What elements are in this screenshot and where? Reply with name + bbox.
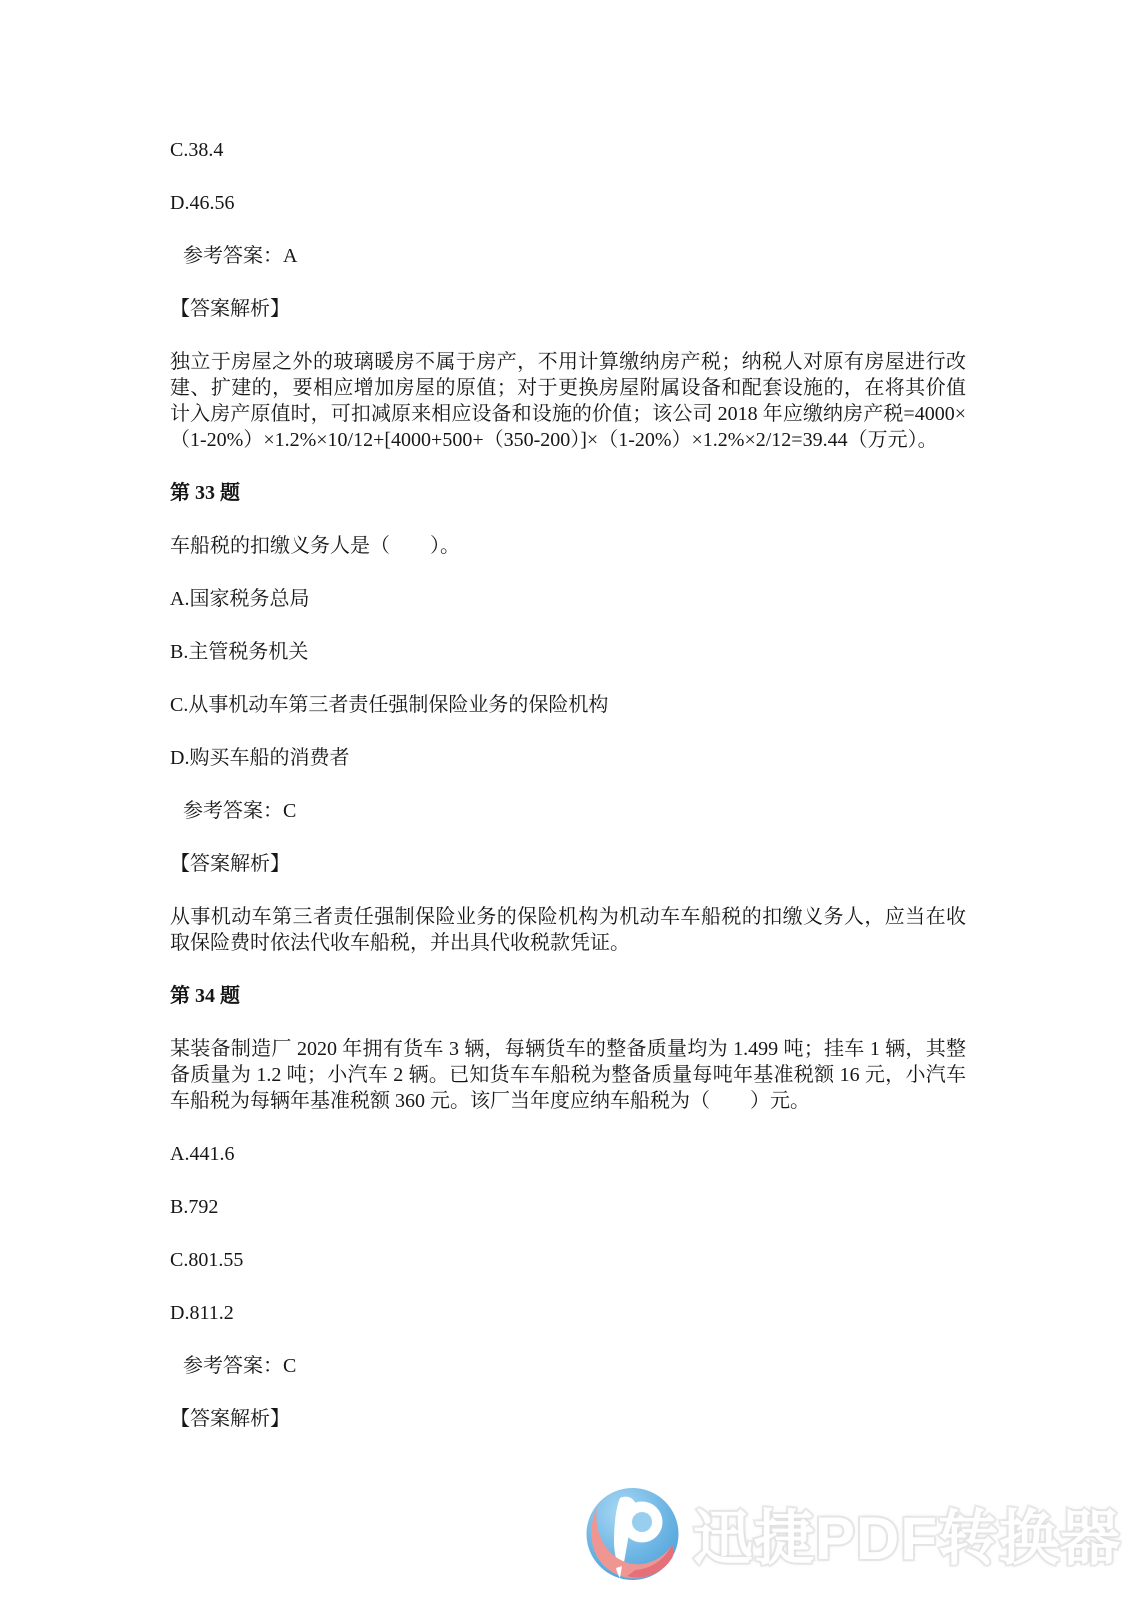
option-line-a: A.国家税务总局 <box>170 586 966 612</box>
watermark-text: 迅捷PDF转换器 <box>693 1491 1121 1577</box>
option-line-c: C.从事机动车第三者责任强制保险业务的保险机构 <box>170 692 966 718</box>
reference-answer: 参考答案：C <box>170 1353 966 1379</box>
option-line-c: C.38.4 <box>170 137 966 163</box>
reference-answer: 参考答案：A <box>170 243 966 269</box>
analysis-paragraph: 独立于房屋之外的玻璃暖房不属于房产，不用计算缴纳房产税；纳税人对原有房屋进行改建… <box>170 349 966 453</box>
option-line-d: D.811.2 <box>170 1300 966 1326</box>
option-line-b: B.792 <box>170 1194 966 1220</box>
analysis-heading: 【答案解析】 <box>170 851 966 877</box>
option-line-d: D.购买车船的消费者 <box>170 745 966 771</box>
analysis-paragraph: 从事机动车第三者责任强制保险业务的保险机构为机动车车船税的扣缴义务人，应当在收取… <box>170 904 966 956</box>
reference-answer: 参考答案：C <box>170 798 966 824</box>
analysis-heading: 【答案解析】 <box>170 1406 966 1432</box>
question-33-heading: 第 33 题 <box>170 480 966 506</box>
document-page: C.38.4 D.46.56 参考答案：A 【答案解析】 独立于房屋之外的玻璃暖… <box>0 0 1131 1600</box>
option-line-b: B.主管税务机关 <box>170 639 966 665</box>
question-34-heading: 第 34 题 <box>170 983 966 1009</box>
option-line-c: C.801.55 <box>170 1247 966 1273</box>
question-33-text: 车船税的扣缴义务人是（ ）。 <box>170 533 966 559</box>
option-line-a: A.441.6 <box>170 1141 966 1167</box>
watermark: 迅捷PDF转换器 <box>585 1486 1121 1581</box>
question-34-text: 某装备制造厂 2020 年拥有货车 3 辆，每辆货车的整备质量均为 1.499 … <box>170 1036 966 1114</box>
option-line-d: D.46.56 <box>170 190 966 216</box>
pdf-converter-logo-icon <box>585 1486 680 1581</box>
page-content: C.38.4 D.46.56 参考答案：A 【答案解析】 独立于房屋之外的玻璃暖… <box>170 137 966 1459</box>
analysis-heading: 【答案解析】 <box>170 296 966 322</box>
